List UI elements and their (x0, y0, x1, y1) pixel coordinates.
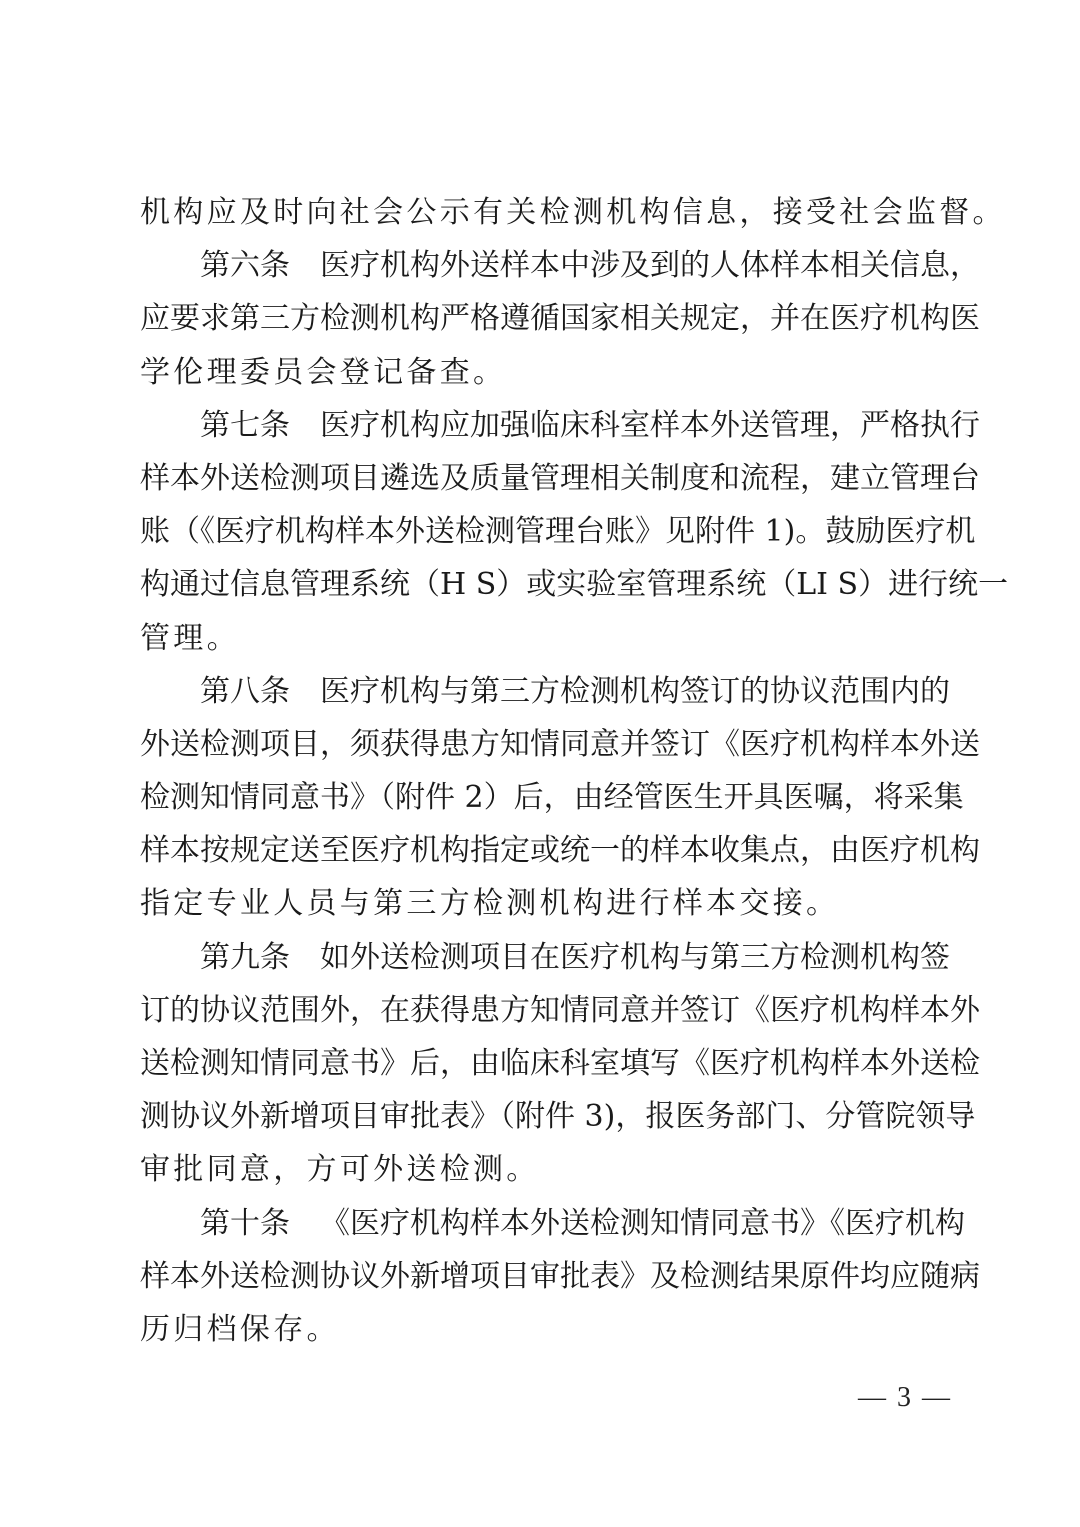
article-8-line: 外送检测项目，须获得患方知情同意并签订《医疗机构样本外送 (140, 718, 940, 771)
article-7-first-line: 第七条医疗机构应加强临床科室样本外送管理，严格执行 (140, 399, 940, 452)
article-10-label: 第十条 (200, 1197, 290, 1250)
article-9-text: 如外送检测项目在医疗机构与第三方检测机构签 (320, 940, 950, 975)
article-9-label: 第九条 (200, 931, 290, 984)
article-9-line: 测协议外新增项目审批表》（附件 3)，报医务部门、分管院领导 (140, 1090, 940, 1143)
article-7-line: 账（《医疗机构样本外送检测管理台账》见附件 1)。鼓励医疗机 (140, 505, 940, 558)
article-8-label: 第八条 (200, 665, 290, 718)
article-9-line: 订的协议范围外，在获得患方知情同意并签订《医疗机构样本外 (140, 984, 940, 1037)
article-7-label: 第七条 (200, 399, 290, 452)
page-number: — 3 — (858, 1382, 952, 1414)
article-7-line: 构通过信息管理系统（H S）或实验室管理系统（LI S）进行统一 (140, 558, 940, 611)
article-10-first-line: 第十条《医疗机构样本外送检测知情同意书》《医疗机构 (140, 1197, 940, 1250)
article-7-line: 管理。 (140, 612, 940, 665)
article-8-line: 指定专业人员与第三方检测机构进行样本交接。 (140, 877, 940, 930)
article-9-line: 送检测知情同意书》后，由临床科室填写《医疗机构样本外送检 (140, 1037, 940, 1090)
article-7-text: 医疗机构应加强临床科室样本外送管理，严格执行 (320, 408, 980, 443)
document-body: 机构应及时向社会公示有关检测机构信息，接受社会监督。 第六条医疗机构外送样本中涉… (140, 186, 940, 1356)
article-6-line: 应要求第三方检测机构严格遵循国家相关规定，并在医疗机构医 (140, 292, 940, 345)
article-6-text: 医疗机构外送样本中涉及到的人体样本相关信息， (320, 248, 980, 283)
article-6-first-line: 第六条医疗机构外送样本中涉及到的人体样本相关信息， (140, 239, 940, 292)
article-6-label: 第六条 (200, 239, 290, 292)
continuation-line: 机构应及时向社会公示有关检测机构信息，接受社会监督。 (140, 186, 940, 239)
article-8-line: 样本按规定送至医疗机构指定或统一的样本收集点，由医疗机构 (140, 824, 940, 877)
article-9-line: 审批同意，方可外送检测。 (140, 1143, 940, 1196)
article-8-first-line: 第八条医疗机构与第三方检测机构签订的协议范围内的 (140, 665, 940, 718)
article-8-line: 检测知情同意书》（附件 2）后，由经管医生开具医嘱，将采集 (140, 771, 940, 824)
article-10-line: 样本外送检测协议外新增项目审批表》及检测结果原件均应随病 (140, 1250, 940, 1303)
document-page: 机构应及时向社会公示有关检测机构信息，接受社会监督。 第六条医疗机构外送样本中涉… (0, 0, 1080, 1527)
article-10-text: 《医疗机构样本外送检测知情同意书》《医疗机构 (320, 1206, 965, 1241)
article-7-line: 样本外送检测项目遴选及质量管理相关制度和流程，建立管理台 (140, 452, 940, 505)
article-6-line: 学伦理委员会登记备查。 (140, 346, 940, 399)
article-10-line: 历归档保存。 (140, 1303, 940, 1356)
article-9-first-line: 第九条如外送检测项目在医疗机构与第三方检测机构签 (140, 931, 940, 984)
article-8-text: 医疗机构与第三方检测机构签订的协议范围内的 (320, 674, 950, 709)
